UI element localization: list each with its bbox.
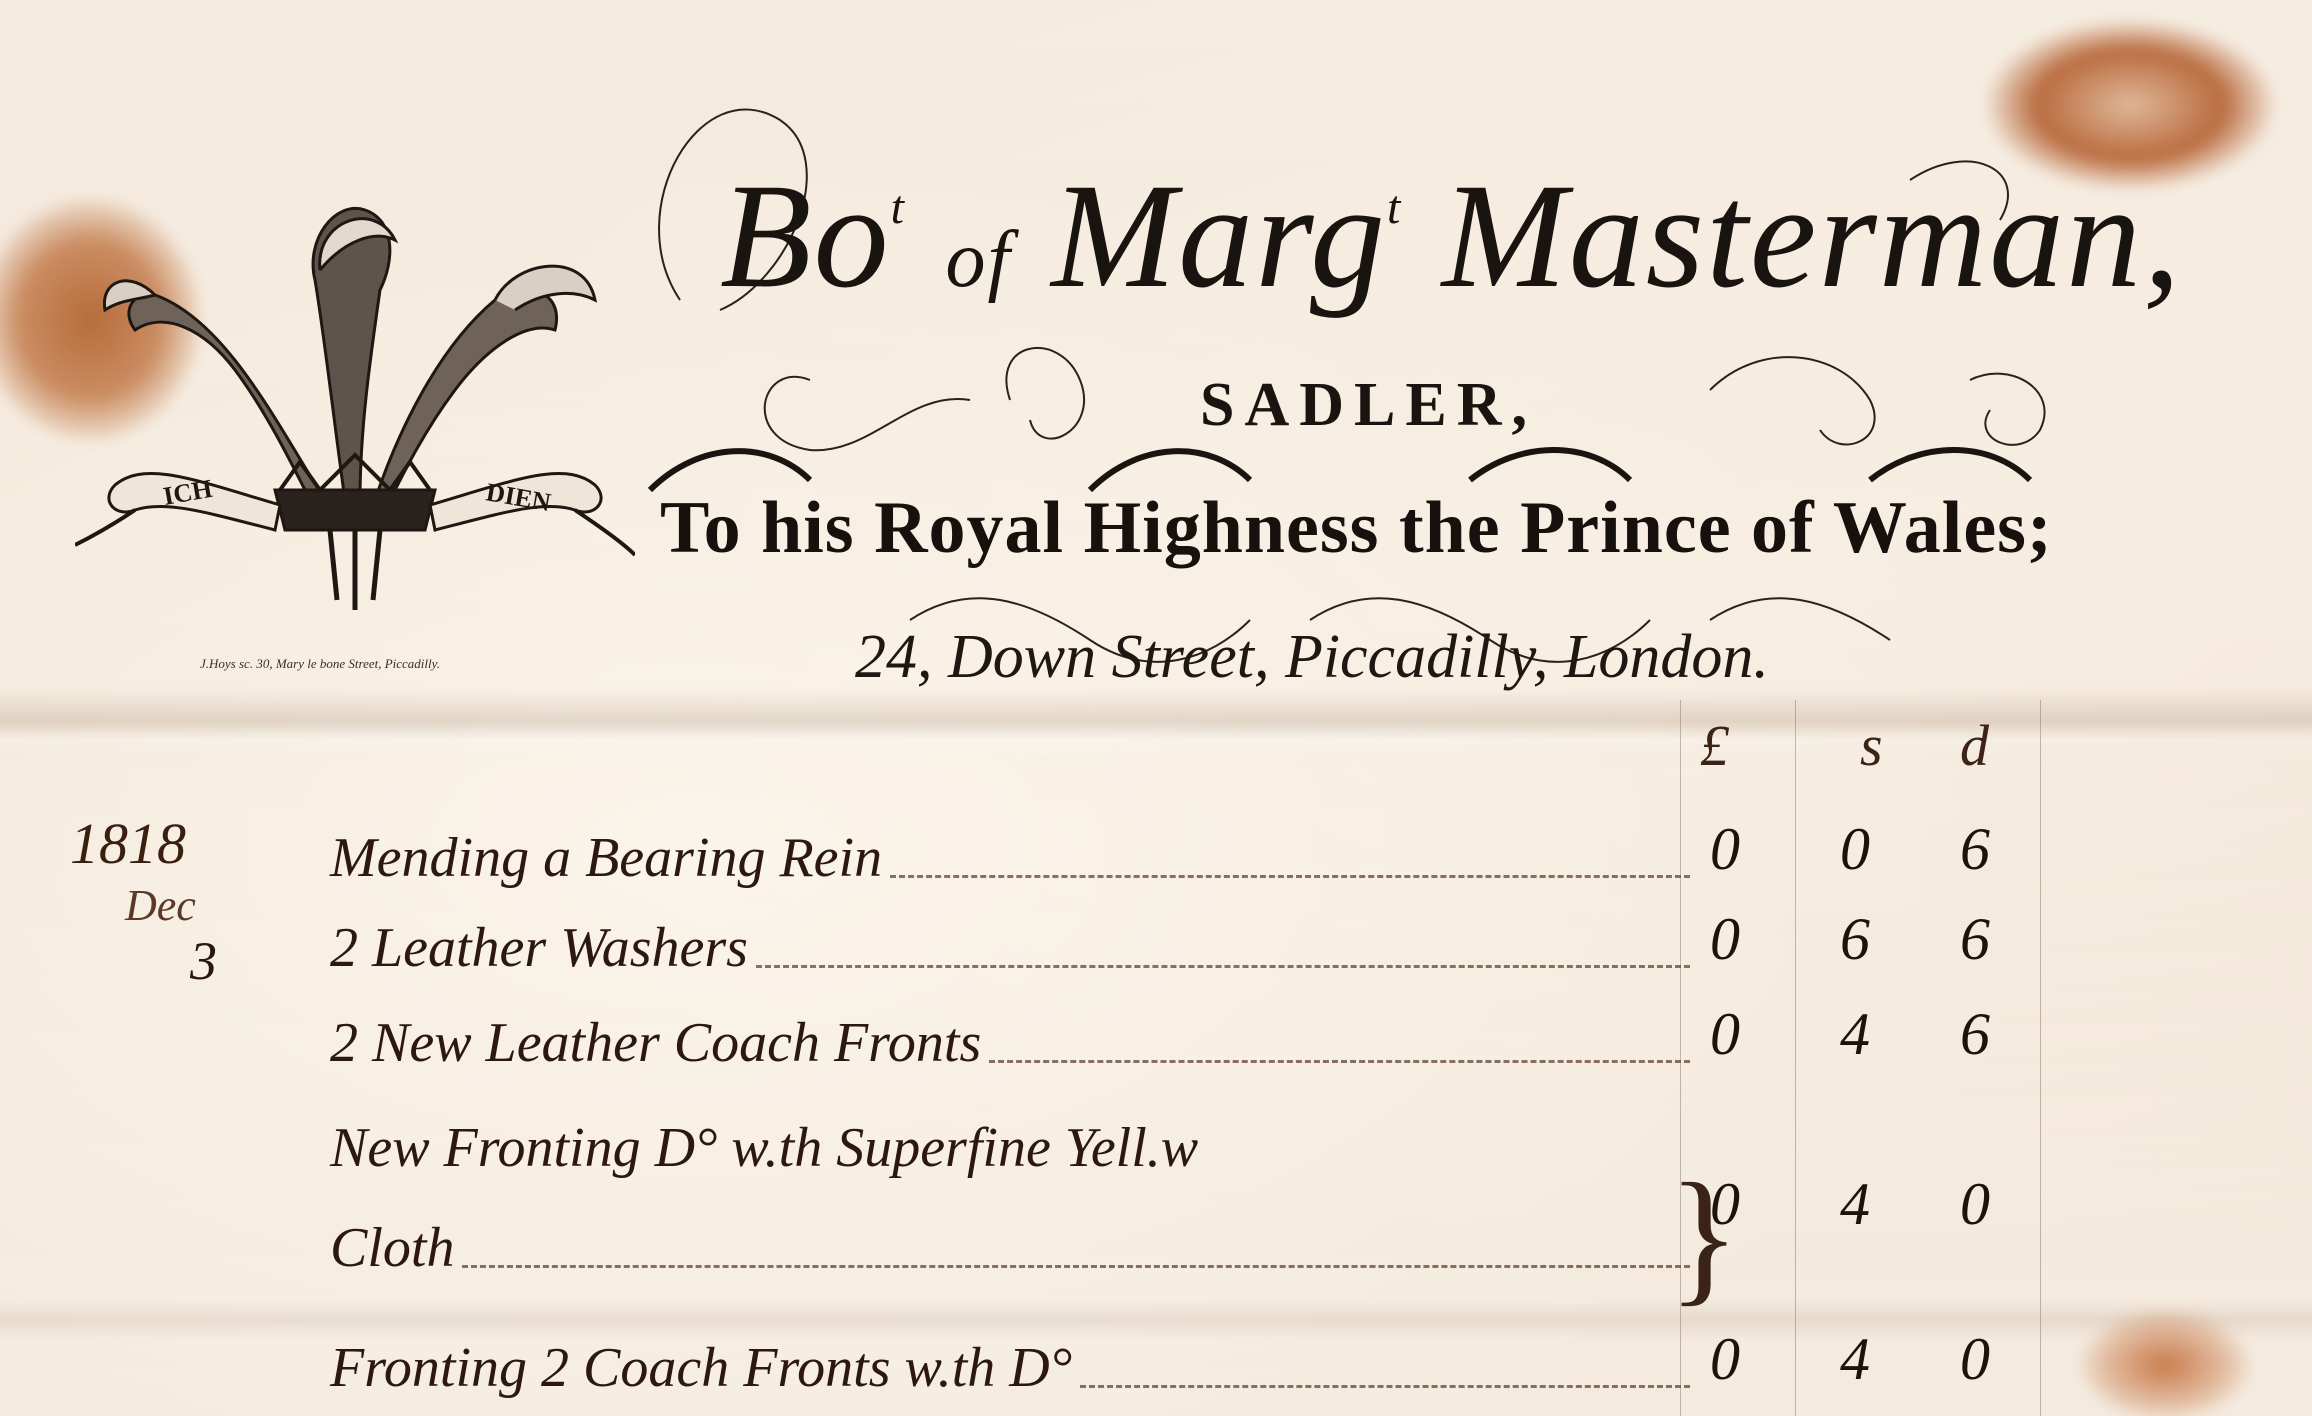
prince-of-wales-feathers-crest: ICH DIEN <box>75 200 635 620</box>
amount-pounds: 0 <box>1710 1000 1740 1069</box>
royal-appointment: To his Royal Highness the Prince of Wale… <box>660 486 2053 571</box>
line-item-description: 2 Leather Washers <box>330 916 748 980</box>
amount-shillings: 6 <box>1840 905 1870 974</box>
amount-pence: 0 <box>1960 1325 1990 1394</box>
trade-title: SADLER, <box>1200 370 1537 441</box>
line-item-description-continued: Cloth <box>330 1216 454 1280</box>
column-rule-shillings <box>1795 700 1796 1416</box>
amount-shillings: 4 <box>1840 1170 1870 1239</box>
dotted-leader <box>462 1265 1690 1268</box>
feathers-icon: ICH DIEN <box>75 200 635 620</box>
engraver-credit: J.Hoys sc. 30, Mary le bone Street, Picc… <box>200 656 440 672</box>
rust-stain-bottom-right <box>2080 1310 2250 1416</box>
amount-shillings: 4 <box>1840 1325 1870 1394</box>
line-item: 2 Leather Washers <box>330 900 1690 980</box>
dotted-leader <box>1080 1385 1690 1388</box>
date-month: Dec <box>125 880 196 931</box>
line-item: Fronting 2 Coach Fronts w.th D° <box>330 1320 1690 1400</box>
bought-abbrev: Bo <box>720 153 891 319</box>
amount-pence: 6 <box>1960 905 1990 974</box>
of-word: of <box>945 216 1011 304</box>
date-day: 3 <box>190 930 217 992</box>
amount-pounds: 0 <box>1710 1170 1740 1239</box>
line-item: New Fronting D° w.th Superfine Yell.w <box>330 1100 1690 1180</box>
bought-superscript: t <box>891 181 906 234</box>
amount-pence: 0 <box>1960 1170 1990 1239</box>
merchant-first-superscript: t <box>1387 181 1402 234</box>
dotted-leader <box>756 965 1690 968</box>
dotted-leader <box>989 1060 1690 1063</box>
column-header-pounds: £ <box>1700 712 1729 779</box>
line-item-description: Mending a Bearing Rein <box>330 826 882 890</box>
amount-pence: 6 <box>1960 1000 1990 1069</box>
line-item-continuation: Cloth <box>330 1200 1690 1280</box>
line-item-description: New Fronting D° w.th Superfine Yell.w <box>330 1116 1198 1180</box>
amount-shillings: 0 <box>1840 815 1870 884</box>
column-header-shillings: s <box>1860 712 1883 779</box>
dotted-leader <box>890 875 1690 878</box>
bought-of-heading: Bot of Margt Masterman, <box>720 150 2183 322</box>
line-item: Mending a Bearing Rein <box>330 810 1690 890</box>
amount-pounds: 0 <box>1710 1325 1740 1394</box>
line-item-description: Fronting 2 Coach Fronts w.th D° <box>330 1336 1072 1400</box>
merchant-address: 24, Down Street, Piccadilly, London. <box>855 622 1769 693</box>
date-year: 1818 <box>70 810 186 877</box>
column-rule-pence <box>2040 700 2041 1416</box>
line-item: 2 New Leather Coach Fronts <box>330 995 1690 1075</box>
merchant-last-name: Masterman, <box>1442 153 2183 319</box>
merchant-first-name: Marg <box>1051 153 1387 319</box>
amount-pounds: 0 <box>1710 905 1740 974</box>
amount-pence: 6 <box>1960 815 1990 884</box>
column-header-pence: d <box>1960 712 1989 779</box>
line-item-description: 2 New Leather Coach Fronts <box>330 1011 981 1075</box>
amount-shillings: 4 <box>1840 1000 1870 1069</box>
amount-pounds: 0 <box>1710 815 1740 884</box>
